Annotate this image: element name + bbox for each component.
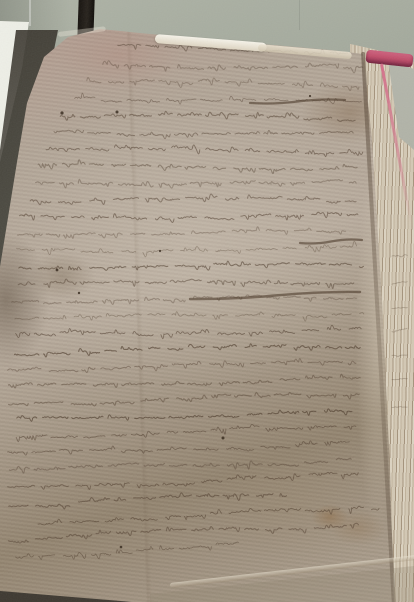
wall-seam-line xyxy=(299,0,300,30)
wall-corner-highlight xyxy=(29,0,31,26)
rear-page-writing-hints xyxy=(389,248,413,412)
handwriting-svg xyxy=(0,0,414,602)
photograph-of-manuscript-book xyxy=(0,0,414,602)
manuscript-page xyxy=(0,0,414,602)
